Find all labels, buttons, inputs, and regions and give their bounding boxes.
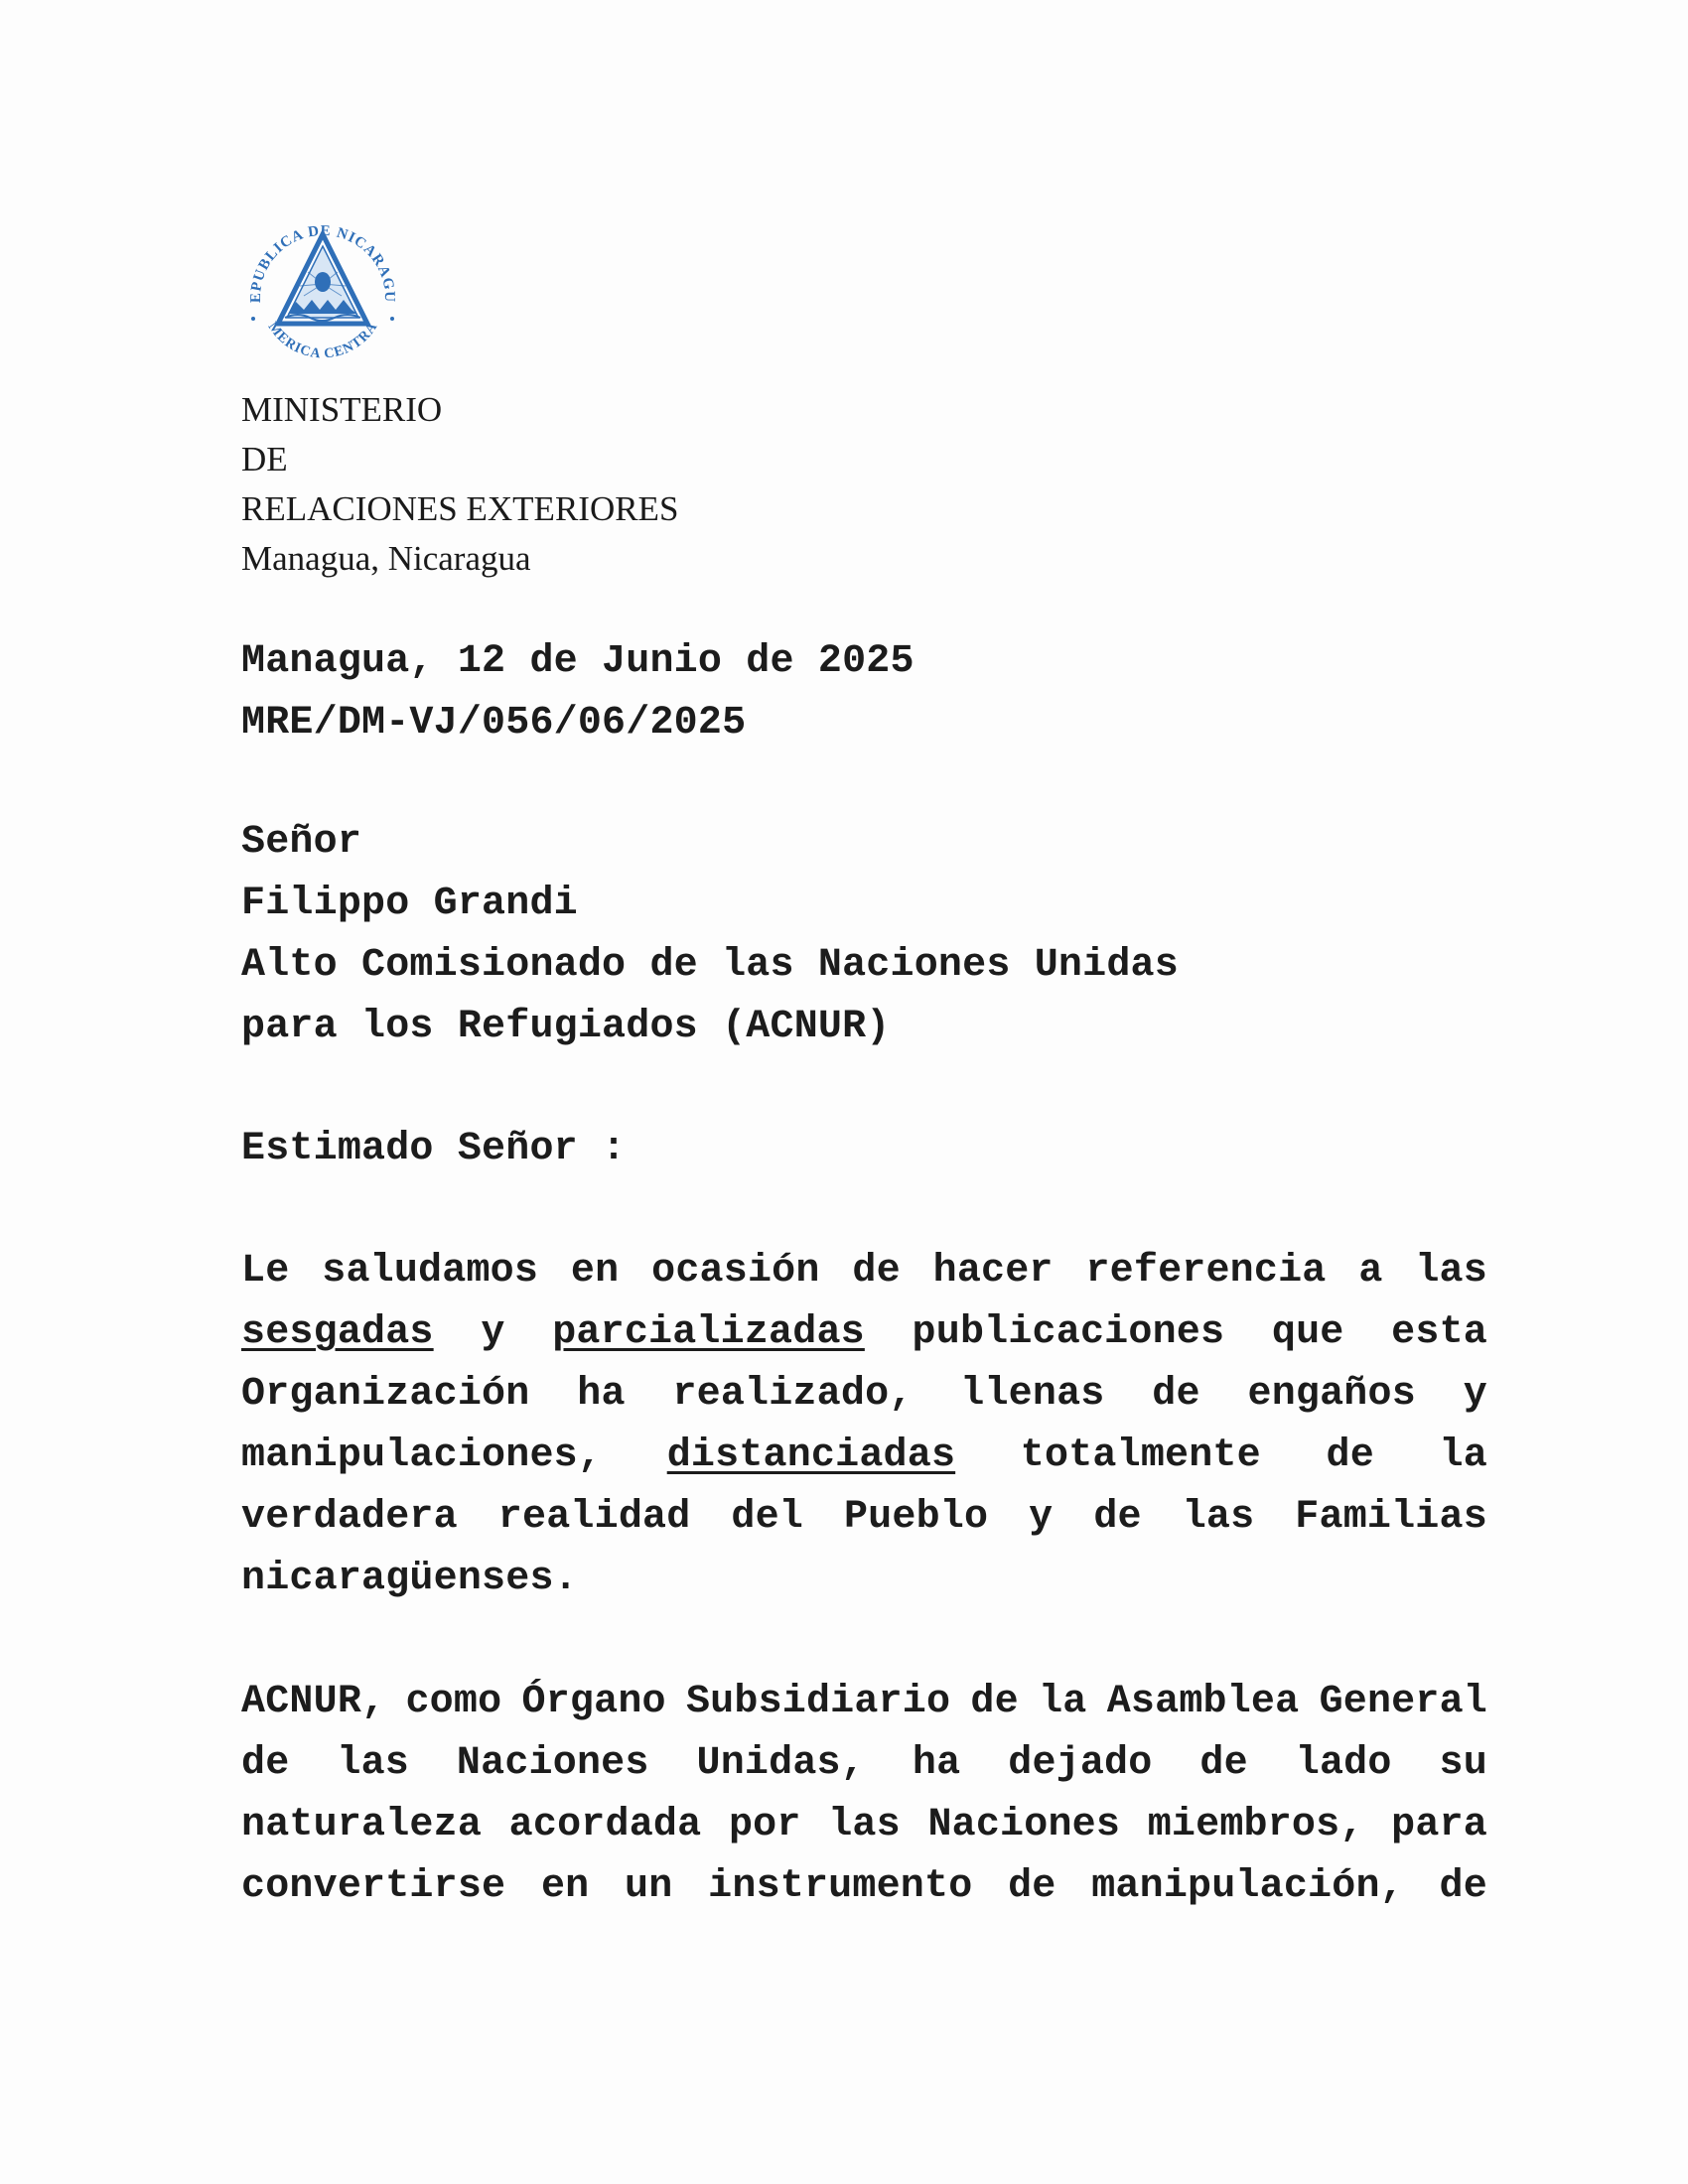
word: Asamblea <box>1107 1672 1300 1733</box>
word: Unidas, <box>697 1733 865 1795</box>
word: por <box>729 1795 801 1856</box>
word: las <box>1183 1487 1255 1549</box>
word: ha <box>577 1364 625 1426</box>
word: Subsidiario <box>686 1672 950 1733</box>
word: ha <box>913 1733 960 1795</box>
paragraph-line: manipulaciones,distanciadastotalmentedel… <box>241 1426 1487 1487</box>
word: manipulación, <box>1091 1856 1404 1918</box>
ministry-letterhead: MINISTERIO DE RELACIONES EXTERIORES Mana… <box>241 385 678 584</box>
salutation: Estimado Señor : <box>241 1119 626 1180</box>
underlined-word: sesgadas <box>241 1302 434 1364</box>
word: para <box>1391 1795 1487 1856</box>
word: a <box>1358 1241 1382 1302</box>
word: realidad <box>498 1487 691 1549</box>
paragraph-line: nicaragüenses. <box>241 1549 1487 1610</box>
word: referencia <box>1085 1241 1326 1302</box>
word: y <box>1464 1364 1487 1426</box>
letter-date: Managua, 12 de Junio de 2025 <box>241 631 914 693</box>
word: convertirse <box>241 1856 505 1918</box>
word: que <box>1272 1302 1344 1364</box>
word: Pueblo <box>844 1487 988 1549</box>
paragraph-line: verdaderarealidaddelPuebloydelasFamilias <box>241 1487 1487 1549</box>
word: y <box>481 1302 504 1364</box>
word: y <box>1029 1487 1053 1549</box>
word: de <box>852 1241 900 1302</box>
word: la <box>1440 1426 1487 1487</box>
word: realizado, <box>672 1364 913 1426</box>
recipient-position-line1: Alto Comisionado de las Naciones Unidas <box>241 935 1179 997</box>
word: instrumento <box>708 1856 972 1918</box>
paragraph-line: Organizaciónharealizado,llenasdeengañosy <box>241 1364 1487 1426</box>
word: naturaleza <box>241 1795 482 1856</box>
word: de <box>1008 1856 1055 1918</box>
word: nicaragüenses. <box>241 1549 578 1610</box>
word: las <box>1415 1241 1487 1302</box>
underlined-word: distanciadas <box>667 1426 955 1487</box>
word: publicaciones <box>913 1302 1225 1364</box>
nicaragua-coat-of-arms-seal-icon: REPUBLICA DE NICARAGUA AMERICA CENTRAL <box>238 206 407 375</box>
word: totalmente <box>1021 1426 1261 1487</box>
word: hacer <box>933 1241 1054 1302</box>
word: un <box>625 1856 672 1918</box>
word: Naciones <box>927 1795 1120 1856</box>
paragraph-line: sesgadasyparcializadaspublicacionesquees… <box>241 1302 1487 1364</box>
word: como <box>405 1672 501 1733</box>
letter-page: REPUBLICA DE NICARAGUA AMERICA CENTRAL M… <box>0 0 1688 2184</box>
word: saludamos <box>322 1241 538 1302</box>
word: de <box>1152 1364 1199 1426</box>
paragraph-line: convertirseenuninstrumentodemanipulación… <box>241 1856 1487 1918</box>
word: General <box>1320 1672 1487 1733</box>
paragraph-line: delasNacionesUnidas,hadejadodeladosu <box>241 1733 1487 1795</box>
word: de <box>1440 1856 1487 1918</box>
body-paragraph-2: ACNUR,comoÓrganoSubsidiariodelaAsambleaG… <box>241 1672 1487 1918</box>
letterhead-line-de: DE <box>241 435 678 484</box>
body-paragraph-1: Lesaludamosenocasióndehacerreferenciaala… <box>241 1241 1487 1610</box>
word: en <box>571 1241 619 1302</box>
letterhead-line-ministerio: MINISTERIO <box>241 385 678 435</box>
word: acordada <box>509 1795 702 1856</box>
word: Le <box>241 1241 289 1302</box>
word: del <box>731 1487 803 1549</box>
word: su <box>1440 1733 1487 1795</box>
word: llenas <box>960 1364 1104 1426</box>
word: de <box>1093 1487 1141 1549</box>
paragraph-line: naturalezaacordadaporlasNacionesmiembros… <box>241 1795 1487 1856</box>
paragraph-line: ACNUR,comoÓrganoSubsidiariodelaAsambleaG… <box>241 1672 1487 1733</box>
paragraph-line: Lesaludamosenocasióndehacerreferenciaala… <box>241 1241 1487 1302</box>
word: ocasión <box>651 1241 819 1302</box>
word: las <box>828 1795 901 1856</box>
word: Naciones <box>457 1733 649 1795</box>
date-reference-block: Managua, 12 de Junio de 2025 MRE/DM-VJ/0… <box>241 631 914 754</box>
word: las <box>337 1733 409 1795</box>
recipient-title: Señor <box>241 812 1179 874</box>
letterhead-line-city: Managua, Nicaragua <box>241 534 678 584</box>
word: de <box>241 1733 289 1795</box>
word: en <box>541 1856 589 1918</box>
word: verdadera <box>241 1487 458 1549</box>
underlined-word: parcializadas <box>552 1302 865 1364</box>
recipient-position-line2: para los Refugiados (ACNUR) <box>241 997 1179 1058</box>
reference-number: MRE/DM-VJ/056/06/2025 <box>241 693 914 754</box>
recipient-block: Señor Filippo Grandi Alto Comisionado de… <box>241 812 1179 1058</box>
word: esta <box>1391 1302 1487 1364</box>
word: de <box>1199 1733 1247 1795</box>
word: Familias <box>1295 1487 1487 1549</box>
word: dejado <box>1008 1733 1152 1795</box>
letterhead-line-relaciones-exteriores: RELACIONES EXTERIORES <box>241 484 678 534</box>
word: engaños <box>1247 1364 1415 1426</box>
word: la <box>1039 1672 1086 1733</box>
recipient-name: Filippo Grandi <box>241 874 1179 935</box>
word: manipulaciones, <box>241 1426 602 1487</box>
word: de <box>1326 1426 1373 1487</box>
word: Organización <box>241 1364 529 1426</box>
word: de <box>970 1672 1018 1733</box>
word: lado <box>1296 1733 1392 1795</box>
word: Órgano <box>522 1672 666 1733</box>
word: miembros, <box>1148 1795 1364 1856</box>
word: ACNUR, <box>241 1672 385 1733</box>
